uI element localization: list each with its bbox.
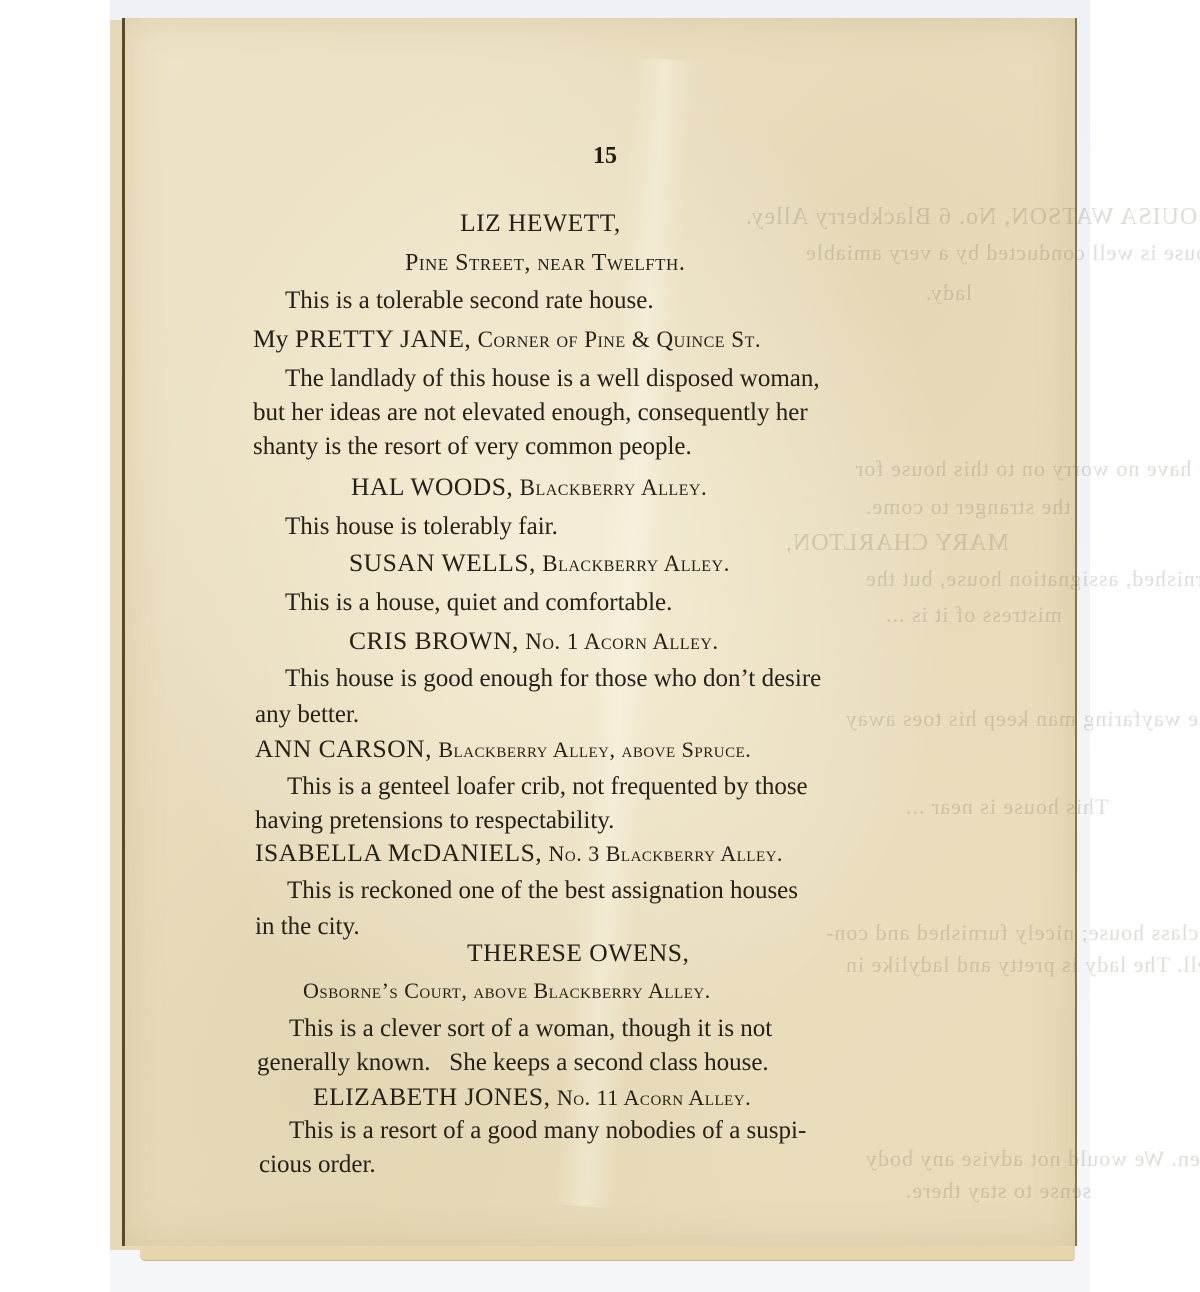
entry-description: but her ideas are not elevated enough, c… (253, 398, 808, 428)
entry-address: No. 3 Blackberry Alley. (549, 841, 783, 866)
entry-description: This house is good enough for those who … (285, 664, 821, 694)
entry-description: in the city. (255, 912, 360, 942)
entry-description: This is a resort of a good many nobodies… (289, 1116, 806, 1146)
book-page: LOUISA WATSON, No. 6 Blackberry Alley. T… (122, 18, 1077, 1246)
entry-description: This is a tolerable second rate house. (285, 286, 654, 316)
entry-name: SUSAN WELLS, (349, 548, 536, 577)
entry-name: ANN CARSON, (255, 734, 432, 763)
entry-description: having pretensions to respectability. (255, 806, 614, 836)
bleed-through-line: This is a first class house; nicely furn… (825, 920, 1200, 946)
bleed-through-line: We have no worry on to this house for (855, 456, 1200, 482)
bleed-through-line: drunken. We would not advise any body (865, 1146, 1200, 1172)
entry-description: This is reckoned one of the best assigna… (287, 876, 798, 906)
entry-name: ELIZABETH JONES, (313, 1082, 550, 1111)
entry-name: ISABELLA McDANIELS, (255, 838, 542, 867)
entry-heading: SUSAN WELLS, Blackberry Alley. (349, 548, 730, 579)
entry-name: CRIS BROWN, (349, 626, 519, 655)
bleed-through-line: MARY CHARLTON, (785, 530, 1009, 557)
entry-description: cious order. (259, 1150, 376, 1180)
entry-name: THERESE OWENS, (467, 938, 689, 968)
entry-description: shanty is the resort of very common peop… (253, 432, 692, 462)
entry-address: Blackberry Alley, above Spruce. (438, 737, 751, 762)
entry-description: This is a clever sort of a woman, though… (289, 1014, 772, 1044)
entry-name: LIZ HEWETT, (460, 208, 621, 238)
bleed-through-line: the stranger to come. (865, 494, 1071, 520)
bleed-through-line: ducted well. The lady is pretty and lady… (845, 952, 1200, 978)
entry-heading: ANN CARSON, Blackberry Alley, above Spru… (255, 734, 751, 765)
entry-description: This is a house, quiet and comfortable. (285, 588, 672, 618)
entry-address: Blackberry Alley. (520, 475, 708, 500)
entry-heading: ISABELLA McDANIELS, No. 3 Blackberry All… (255, 838, 783, 869)
bleed-through-line: sense to stay there. (905, 1178, 1091, 1204)
entry-description: any better. (255, 700, 359, 730)
bleed-through-line: LOUISA WATSON, No. 6 Blackberry Alley. (745, 204, 1200, 231)
bleed-through-line: mistress of it is ... (885, 602, 1062, 628)
entry-heading: HAL WOODS, Blackberry Alley. (351, 472, 707, 503)
entry-description: generally known. She keeps a second clas… (257, 1048, 769, 1078)
entry-address: No. 11 Acorn Alley. (557, 1085, 751, 1110)
page-number: 15 (593, 143, 617, 170)
entry-heading: ELIZABETH JONES, No. 11 Acorn Alley. (313, 1082, 751, 1113)
entry-name-prefix: My (253, 324, 288, 353)
entry-address: Blackberry Alley. (542, 551, 730, 576)
entry-heading: My PRETTY JANE, Corner of Pine & Quince … (253, 324, 761, 355)
entry-name: HAL WOODS, (351, 472, 513, 501)
entry-description: The landlady of this house is a well dis… (285, 364, 820, 394)
bleed-through-line: This is a well furnished, assignation ho… (865, 566, 1200, 592)
bleed-through-line: This house is well conducted by a very a… (805, 240, 1200, 266)
entry-heading: CRIS BROWN, No. 1 Acorn Alley. (349, 626, 719, 657)
entry-name: PRETTY JANE, (295, 324, 471, 353)
entry-description: This house is tolerably fair. (285, 512, 558, 542)
bleed-through-line: lady. (925, 280, 972, 306)
entry-address: Pine Street, near Twelfth. (405, 248, 685, 278)
entry-address: No. 1 Acorn Alley. (525, 629, 718, 654)
bleed-through-line: This house is near ... (905, 794, 1108, 820)
bleed-through-line: there. Let the wayfaring man keep his to… (845, 706, 1200, 732)
entry-address: Corner of Pine & Quince St. (478, 327, 761, 352)
entry-description: This is a genteel loafer crib, not frequ… (287, 772, 808, 802)
entry-address: Osborne’s Court, above Blackberry Alley. (303, 976, 711, 1006)
